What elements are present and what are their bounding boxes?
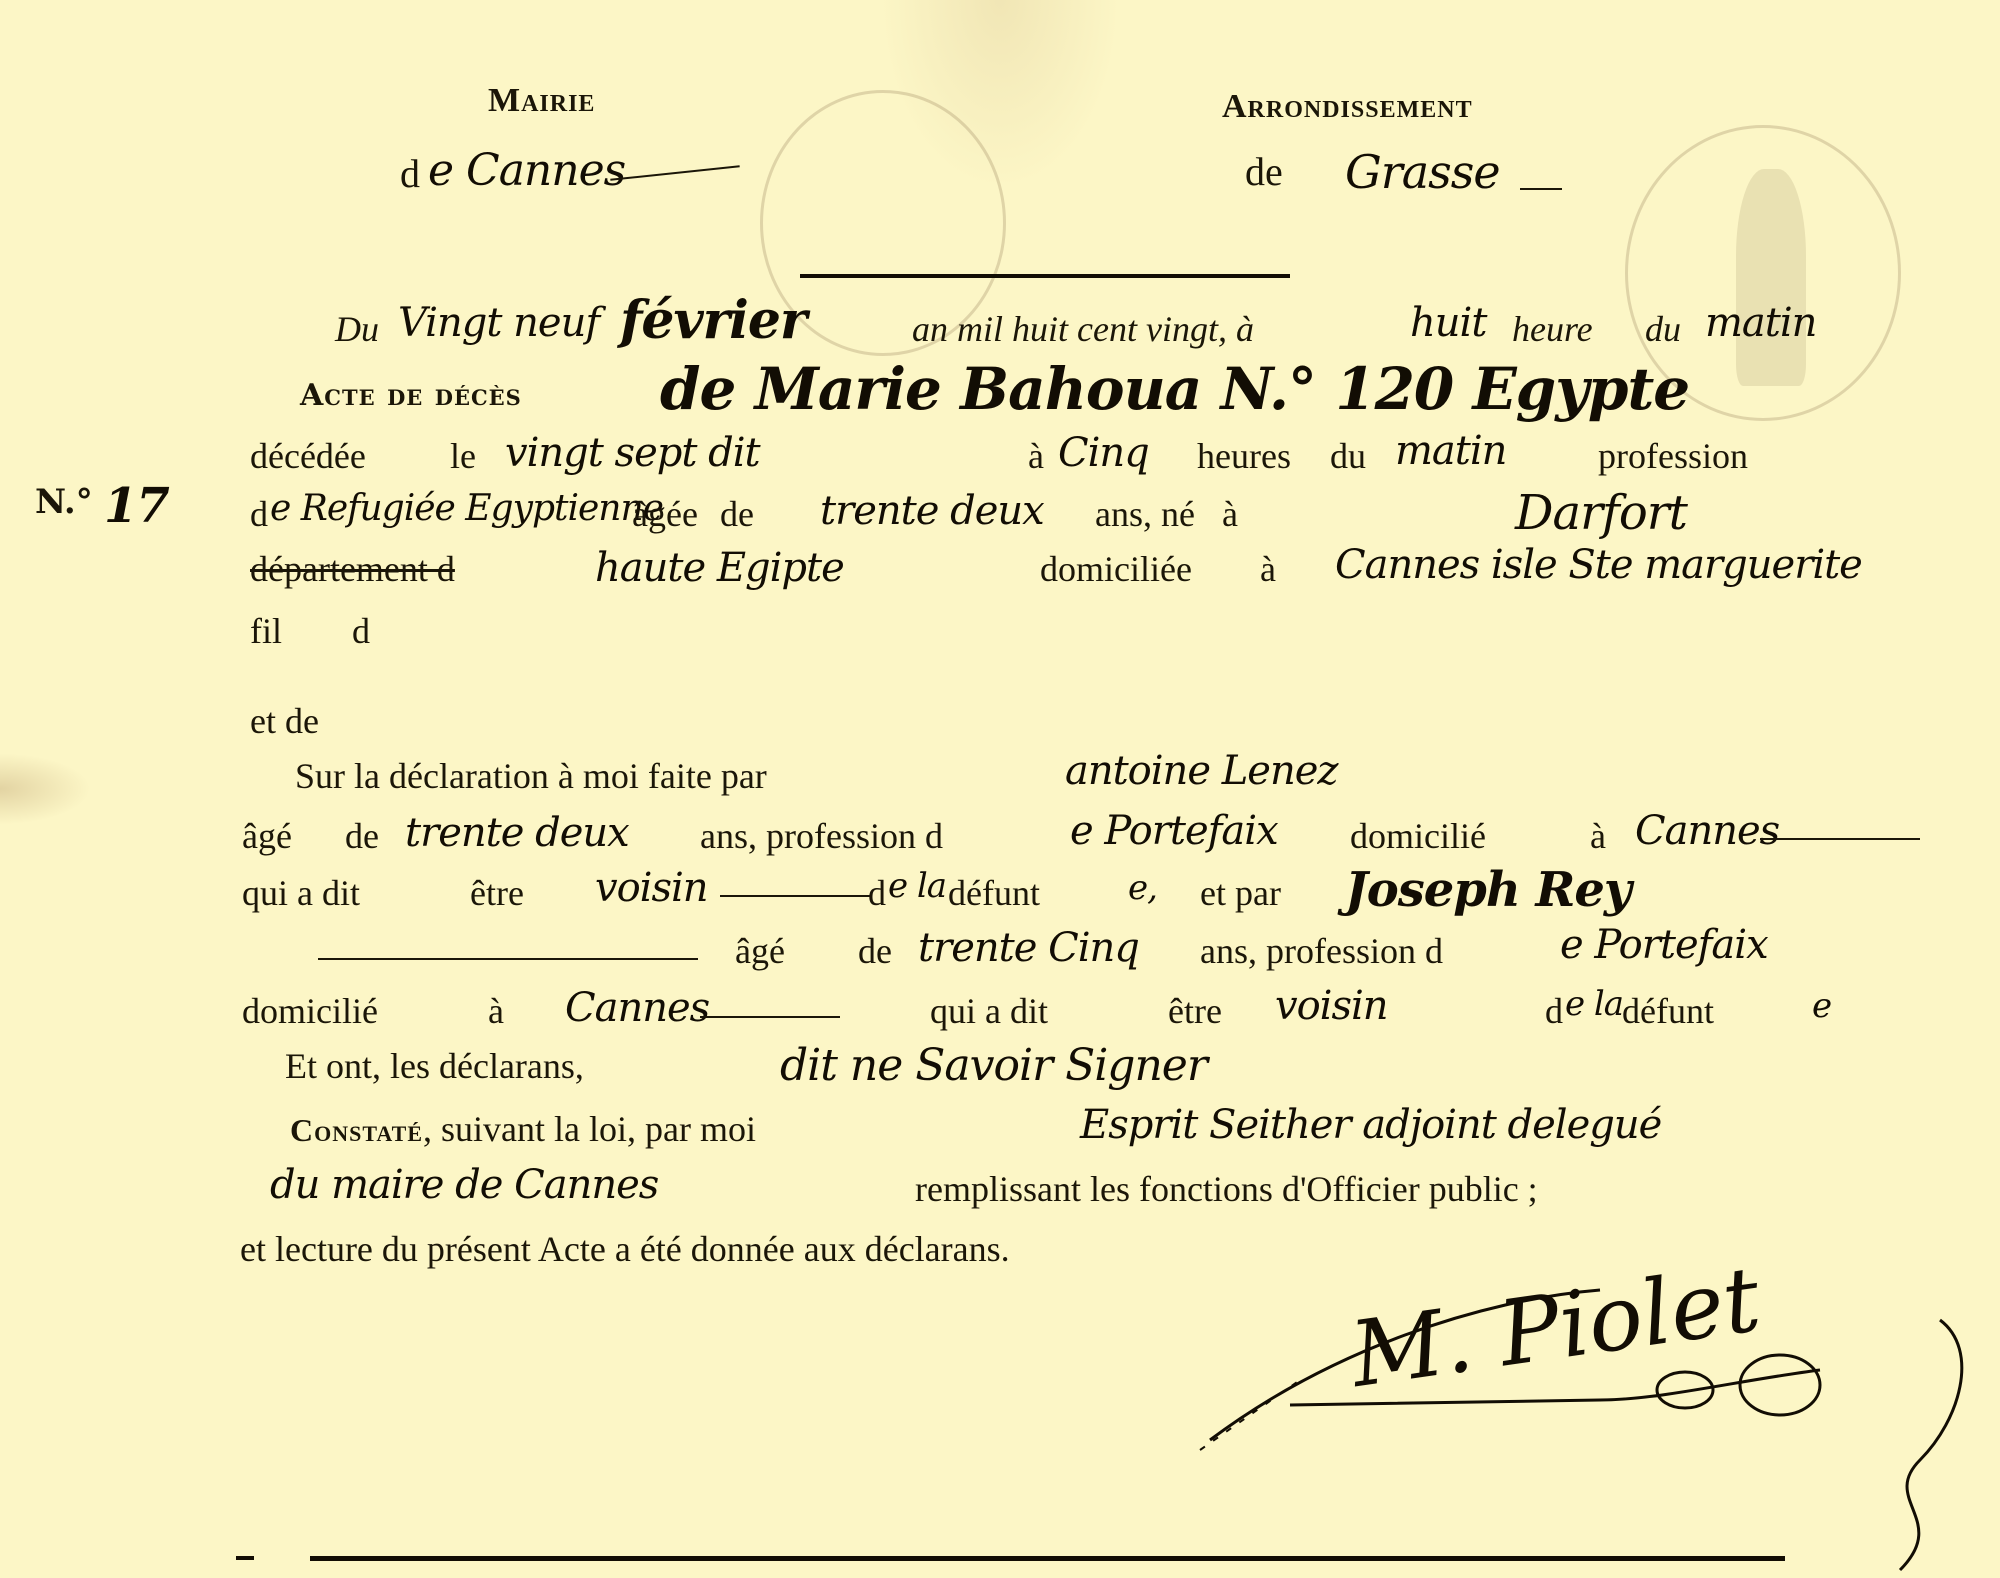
- declarant2-relation-label: qui a dit: [930, 990, 1048, 1032]
- declarant1-relation: voisin: [595, 865, 708, 911]
- date-year-text: an mil huit cent vingt, à: [912, 308, 1254, 350]
- date-prefix: Du: [335, 308, 379, 350]
- declarant2-relation-etre: être: [1168, 990, 1222, 1032]
- mairie-prefix: d: [400, 150, 420, 197]
- act-name: de Marie Bahoua N.° 120 Egypte: [660, 355, 1689, 423]
- department-label-struck: département d: [250, 548, 455, 590]
- declarant1-domicile-underline: [1760, 838, 1920, 840]
- age-value: trente deux: [820, 488, 1044, 534]
- signature-flourish-icon: [1180, 1260, 2000, 1578]
- declarants-signed-value: dit ne Savoir Signer: [780, 1040, 1207, 1091]
- header-divider: [800, 274, 1290, 278]
- constate-block: Constaté, suivant la loi, par moi: [290, 1108, 756, 1150]
- declarant2-domicile: Cannes: [565, 985, 709, 1031]
- declarant1-age-de: de: [345, 815, 379, 857]
- declarant1-domicile-a: à: [1590, 815, 1606, 857]
- birthplace-value: Darfort: [1515, 485, 1687, 541]
- declarant2-relation-article: e la: [1565, 984, 1623, 1024]
- death-a: à: [1028, 435, 1044, 477]
- and-of-label: et de: [250, 700, 319, 742]
- bottom-rule: [310, 1556, 1785, 1561]
- arrondissement-value: Grasse: [1345, 145, 1500, 199]
- profession-value: e Refugiée Egyptienne: [270, 488, 663, 529]
- declarant1-domicile-label: domicilié: [1350, 815, 1486, 857]
- declaration-intro: Sur la déclaration à moi faite par: [295, 755, 767, 797]
- declarant1-relation-article: e la: [888, 866, 946, 906]
- death-heures: heures: [1197, 435, 1291, 477]
- death-time-of-day: matin: [1395, 428, 1506, 474]
- death-date: vingt sept dit: [505, 430, 760, 476]
- declarant2-relation: voisin: [1275, 983, 1388, 1029]
- declarant2-age-de: de: [858, 930, 892, 972]
- ans-ne: ans, né: [1095, 493, 1195, 535]
- declarant1-name: antoine Lenez: [1065, 748, 1337, 794]
- mairie-value: e Cannes: [428, 145, 625, 196]
- deceased-le: le: [450, 435, 476, 477]
- death-hour: Cinq: [1058, 430, 1149, 476]
- constate-label: Constaté: [290, 1112, 423, 1148]
- declarant2-profession: e Portefaix: [1560, 922, 1768, 968]
- date-du: du: [1645, 308, 1681, 350]
- declarant2-domicile-a: à: [488, 990, 504, 1032]
- declarant2-domicile-underline: [700, 1016, 840, 1018]
- constate-text: , suivant la loi, par moi: [423, 1109, 756, 1149]
- officer-name: Esprit Seither adjoint delegué: [1080, 1102, 1661, 1148]
- declarant2-defunt-suffix: e: [1812, 986, 1831, 1026]
- arrondissement-label: Arrondissement: [1222, 88, 1473, 126]
- declarant1-relation-underline: [720, 895, 870, 897]
- department-value: haute Egipte: [595, 545, 844, 591]
- closing-text: et lecture du présent Acte a été donnée …: [240, 1228, 1010, 1270]
- death-du: du: [1330, 435, 1366, 477]
- arrondissement-prefix: de: [1245, 148, 1283, 195]
- declarant1-age-label: âgé: [242, 815, 292, 857]
- declarant2-blank-line: [318, 958, 698, 960]
- declarant1-defunt: défunt: [948, 872, 1040, 914]
- age-label: âgée: [632, 493, 698, 535]
- officer-role-text: remplissant les fonctions d'Officier pub…: [915, 1168, 1538, 1210]
- declarant2-name: Joseph Rey: [1345, 862, 1631, 918]
- son-of-d: d: [352, 610, 370, 652]
- age-de: de: [720, 493, 754, 535]
- mairie-label: Mairie: [488, 82, 595, 120]
- deceased-label: décédée: [250, 435, 366, 477]
- declarant2-relation-d: d: [1545, 990, 1563, 1032]
- date-month: février: [620, 290, 806, 351]
- domicile-label: domiciliée: [1040, 548, 1192, 590]
- date-day: Vingt neuf: [398, 300, 599, 346]
- profession-d: d: [250, 493, 268, 535]
- declarant2-intro: et par: [1200, 872, 1281, 914]
- arrondissement-underline: [1520, 188, 1562, 190]
- declarant1-relation-d: d: [868, 872, 886, 914]
- declarant2-domicile-label: domicilié: [242, 990, 378, 1032]
- date-hour: huit: [1410, 300, 1486, 346]
- date-time-of-day: matin: [1705, 300, 1816, 346]
- officer-title: du maire de Cannes: [270, 1162, 658, 1208]
- declarant1-profession-label: ans, profession d: [700, 815, 943, 857]
- seal-figure-icon: [1736, 169, 1806, 387]
- entry-number-value: 17: [104, 478, 169, 534]
- domicile-value: Cannes isle Ste marguerite: [1335, 542, 1862, 588]
- declarant1-domicile: Cannes: [1635, 808, 1779, 854]
- declarant1-relation-label: qui a dit: [242, 872, 360, 914]
- declarant1-profession: e Portefaix: [1070, 808, 1278, 854]
- declarant2-defunt: défunt: [1622, 990, 1714, 1032]
- declarant1-defunt-suffix: e,: [1128, 868, 1157, 908]
- declarant2-profession-label: ans, profession d: [1200, 930, 1443, 972]
- date-heure: heure: [1512, 308, 1593, 350]
- act-label: Acte de décès: [300, 378, 522, 413]
- declarant1-age: trente deux: [405, 810, 629, 856]
- declarant2-age: trente Cinq: [918, 925, 1139, 971]
- declarants-signed-label: Et ont, les déclarans,: [285, 1045, 584, 1087]
- profession-label: profession: [1598, 435, 1748, 477]
- domicile-a: à: [1260, 548, 1276, 590]
- son-of-label: fil: [250, 610, 282, 652]
- entry-number-label: N.°: [35, 482, 93, 522]
- declarant1-relation-etre: être: [470, 872, 524, 914]
- birth-a: à: [1222, 493, 1238, 535]
- declarant2-age-label: âgé: [735, 930, 785, 972]
- bottom-rule-stub: [236, 1556, 254, 1560]
